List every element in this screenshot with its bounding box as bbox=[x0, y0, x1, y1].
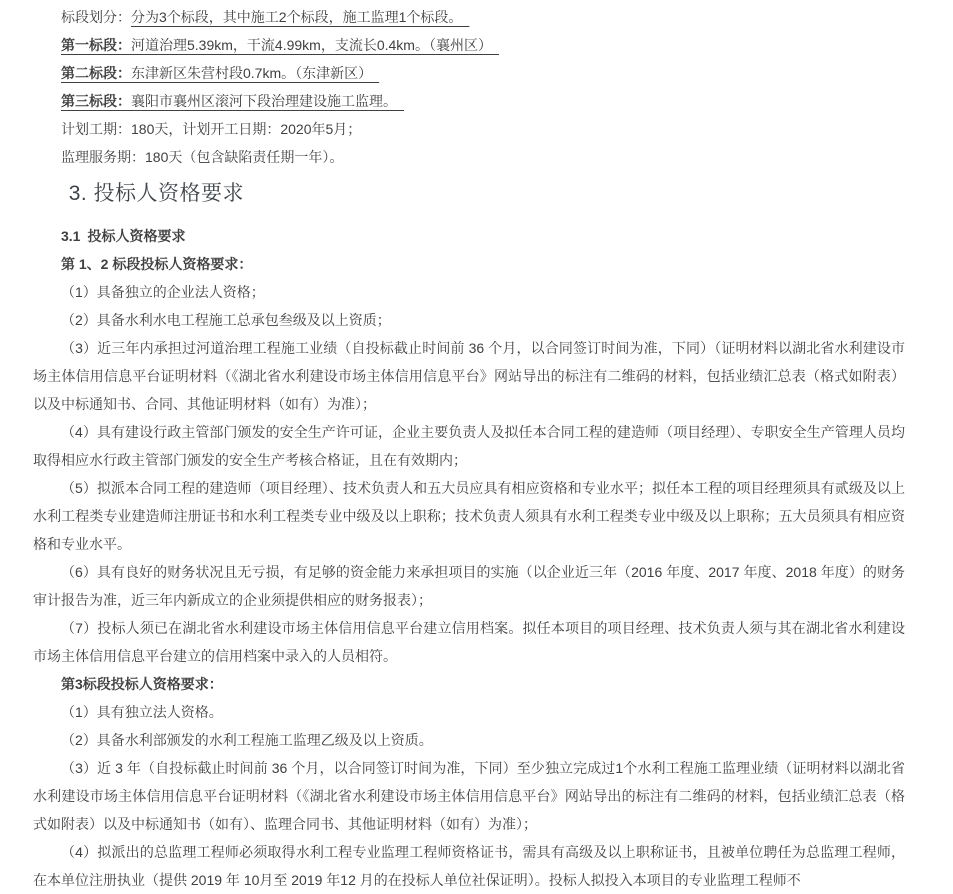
document-page: { "page": { "background_color": "#ffffff… bbox=[0, 0, 953, 894]
lot-1-value: 河道治理5.39km，干流4.99km，支流长0.4km。（襄州区） bbox=[131, 37, 499, 53]
section-3-heading: 3. 投标人资格要求 bbox=[33, 179, 905, 209]
lot-division-row: 标段划分：分为3个标段，其中施工2个标段，施工监理1个标段。 bbox=[33, 3, 905, 31]
lot12-requirement-item: （3）近三年内承担过河道治理工程施工业绩（自投标截止时间前 36 个月，以合同签… bbox=[33, 334, 905, 418]
document-body: 标段划分：分为3个标段，其中施工2个标段，施工监理1个标段。 第一标段：河道治理… bbox=[0, 0, 953, 894]
lot-2-label: 第二标段： bbox=[61, 65, 131, 81]
section-3-1-subheading: 3.1 投标人资格要求 bbox=[33, 222, 905, 250]
lot3-requirements-header: 第3标段投标人资格要求： bbox=[33, 670, 905, 698]
lot12-requirement-item: （2）具备水利水电工程施工总承包叁级及以上资质； bbox=[33, 306, 905, 334]
lot12-requirement-item: （5）拟派本合同工程的建造师（项目经理）、技术负责人和五大员应具有相应资格和专业… bbox=[33, 474, 905, 558]
lot-row-1: 第一标段：河道治理5.39km，干流4.99km，支流长0.4km。（襄州区） bbox=[33, 31, 905, 59]
lot-division-label: 标段划分： bbox=[61, 9, 131, 25]
lot-row-2: 第二标段：东津新区朱营村段0.7km。（东津新区） bbox=[33, 59, 905, 87]
lot12-requirement-item: （4）具有建设行政主管部门颁发的安全生产许可证，企业主要负责人及拟任本合同工程的… bbox=[33, 418, 905, 474]
lot-3-value: 襄阳市襄州区滚河下段治理建设施工监理。 bbox=[131, 93, 404, 109]
lot12-requirements-header: 第 1、2 标段投标人资格要求： bbox=[33, 250, 905, 278]
lot-division-value: 分为3个标段，其中施工2个标段，施工监理1个标段。 bbox=[131, 9, 469, 25]
plan-period-text: 计划工期：180天，计划开工日期：2020年5月； bbox=[33, 115, 905, 143]
lot-2-value: 东津新区朱营村段0.7km。（东津新区） bbox=[131, 65, 379, 81]
lot12-requirement-item: （6）具有良好的财务状况且无亏损，有足够的资金能力来承担项目的实施（以企业近三年… bbox=[33, 558, 905, 614]
supervision-period-text: 监理服务期：180天（包含缺陷责任期一年）。 bbox=[33, 143, 905, 171]
lot-row-3: 第三标段：襄阳市襄州区滚河下段治理建设施工监理。 bbox=[33, 87, 905, 115]
lot3-requirement-item: （1）具有独立法人资格。 bbox=[33, 698, 905, 726]
lot12-requirement-item: （1）具备独立的企业法人资格； bbox=[33, 278, 905, 306]
lot3-requirement-item: （4）拟派出的总监理工程师必须取得水利工程专业监理工程师资格证书，需具有高级及以… bbox=[33, 838, 905, 894]
lot12-requirement-item: （7）投标人须已在湖北省水利建设市场主体信用信息平台建立信用档案。拟任本项目的项… bbox=[33, 614, 905, 670]
lot3-requirement-item: （2）具备水利部颁发的水利工程施工监理乙级及以上资质。 bbox=[33, 726, 905, 754]
lot-3-label: 第三标段： bbox=[61, 93, 131, 109]
lot-1-label: 第一标段： bbox=[61, 37, 131, 53]
lot3-requirement-item: （3）近 3 年（自投标截止时间前 36 个月，以合同签订时间为准，下同）至少独… bbox=[33, 754, 905, 838]
